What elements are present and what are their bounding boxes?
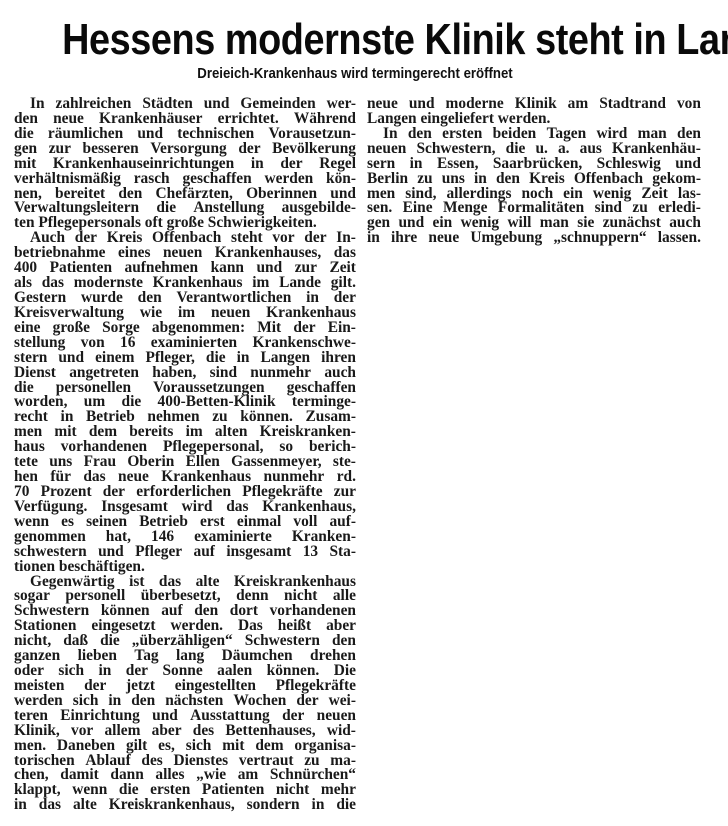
word: auf: [194, 545, 215, 560]
word: sondern: [247, 798, 300, 813]
word: lassen.: [658, 231, 701, 246]
word: alte: [73, 798, 97, 813]
word: Stadtrand: [599, 97, 666, 112]
word: in: [251, 157, 264, 172]
article-subheadline: Dreieich-Krankenhaus wird termingerecht …: [157, 64, 553, 84]
word: die: [336, 798, 356, 813]
article-column-left: InzahlreichenStädtenundGemeindenwer-denn…: [14, 97, 356, 813]
text-line: indasalteKreiskrankenhaus,sondernindie: [14, 798, 356, 813]
word: am: [568, 97, 589, 112]
word: Umgebung: [470, 231, 542, 246]
article-headline: Hessens modernste Klinik steht in Langen: [62, 14, 654, 66]
article-column-right: neueundmoderneKlinikamStadtrandvonLangen…: [367, 97, 701, 246]
word: in: [14, 798, 27, 813]
word: Sta-: [329, 545, 356, 560]
word: ihre: [391, 231, 417, 246]
word: in: [367, 231, 380, 246]
text-line: inihreneueUmgebung„schnuppern“lassen.: [367, 231, 701, 246]
word: in: [237, 351, 250, 366]
word: in: [312, 798, 325, 813]
word: insgesamt: [226, 545, 291, 560]
word: „schnuppern“: [553, 231, 646, 246]
word: neue: [428, 231, 459, 246]
word: von: [677, 97, 701, 112]
word: 13: [303, 545, 318, 560]
word: das: [39, 798, 61, 813]
word: Kreiskrankenhaus,: [109, 798, 235, 813]
